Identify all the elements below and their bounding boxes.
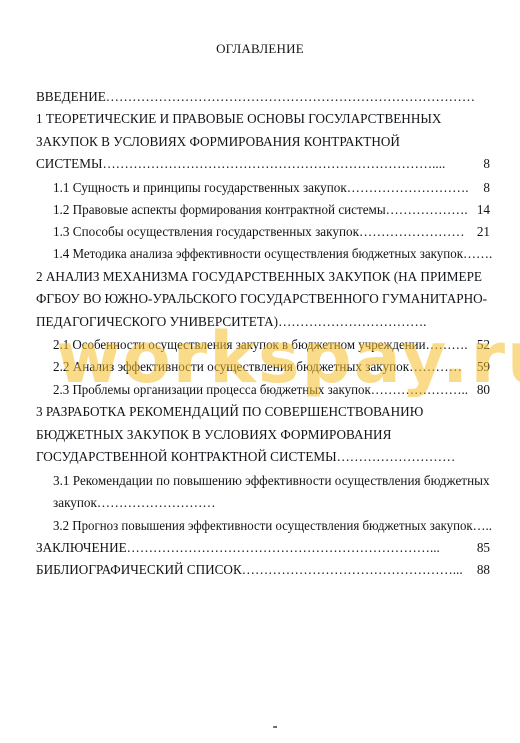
toc-entry-section: 3 РАЗРАБОТКА РЕКОМЕНДАЦИЙ ПО СОВЕРШЕНСТВ…	[36, 404, 423, 420]
toc-entry-section: 1 ТЕОРЕТИЧЕСКИЕ И ПРАВОВЫЕ ОСНОВЫ ГОСУЛА…	[36, 111, 441, 127]
toc-entry-subsection: закупок………………………	[53, 495, 216, 511]
toc-entry-subsection: 2.3 Проблемы организации процесса бюджет…	[53, 382, 468, 398]
toc-title: ОГЛАВЛЕНИЕ	[0, 41, 520, 57]
toc-page-number: 88	[477, 562, 490, 578]
document-page: ОГЛАВЛЕНИЕ ВВЕДЕНИЕ…………………………………………………………	[0, 0, 520, 743]
toc-entry-section: ЗАКУПОК В УСЛОВИЯХ ФОРМИРОВАНИЯ КОНТРАКТ…	[36, 134, 400, 150]
page-footer-mark	[273, 726, 277, 728]
toc-entry-section: ПЕДАГОГИЧЕСКОГО УНИВЕРСИТЕТА)………………………………	[36, 314, 426, 330]
toc-entry-section: ВВЕДЕНИЕ…………………………………………………………………………	[36, 89, 475, 105]
toc-entry-section: ГОСУДАРСТВЕННОЙ КОНТРАКТНОЙ СИСТЕМЫ………………	[36, 449, 455, 465]
toc-entry-section: 2 АНАЛИЗ МЕХАНИЗМА ГОСУДАРСТВЕННЫХ ЗАКУП…	[36, 269, 482, 285]
toc-entry-section: СИСТЕМЫ…………………………………………………………………....	[36, 156, 445, 172]
toc-entry-subsection: 1.1 Сущность и принципы государственных …	[53, 180, 469, 196]
toc-page-number: 8	[483, 180, 490, 196]
toc-page-number: 8	[483, 156, 490, 172]
toc-entry-subsection: 3.1 Рекомендации по повышению эффективно…	[53, 473, 490, 489]
toc-entry-subsection: 2.1 Особенности осуществления закупок в …	[53, 337, 468, 353]
toc-entry-section: БИБЛИОГРАФИЧЕСКИЙ СПИСОК……………………………………………	[36, 562, 463, 578]
toc-entry-subsection: 1.2 Правовые аспекты формирования контра…	[53, 202, 468, 218]
toc-page-number: 80	[477, 382, 490, 398]
toc-page-number: 52	[477, 337, 490, 353]
toc-entry-section: БЮДЖЕТНЫХ ЗАКУПОК В УСЛОВИЯХ ФОРМИРОВАНИ…	[36, 427, 391, 443]
toc-entry-subsection: 1.4 Методика анализа эффективности осуще…	[53, 246, 492, 262]
toc-page-number: 59	[477, 359, 490, 375]
toc-entry-subsection: 1.3 Способы осуществления государственны…	[53, 224, 465, 240]
toc-page-number: 85	[477, 540, 490, 556]
toc-page-number: 14	[477, 202, 490, 218]
toc-entry-section: ФГБОУ ВО ЮЖНО-УРАЛЬСКОГО ГОСУДАРСТВЕННОГ…	[36, 291, 487, 307]
toc-page-number: 21	[477, 224, 490, 240]
toc-entry-section: ЗАКЛЮЧЕНИЕ……………………………………………………………...	[36, 540, 440, 556]
toc-entry-subsection: 3.2 Прогноз повышения эффективности осущ…	[53, 518, 492, 534]
toc-entry-subsection: 2.2 Анализ эффективности осуществления б…	[53, 359, 462, 375]
